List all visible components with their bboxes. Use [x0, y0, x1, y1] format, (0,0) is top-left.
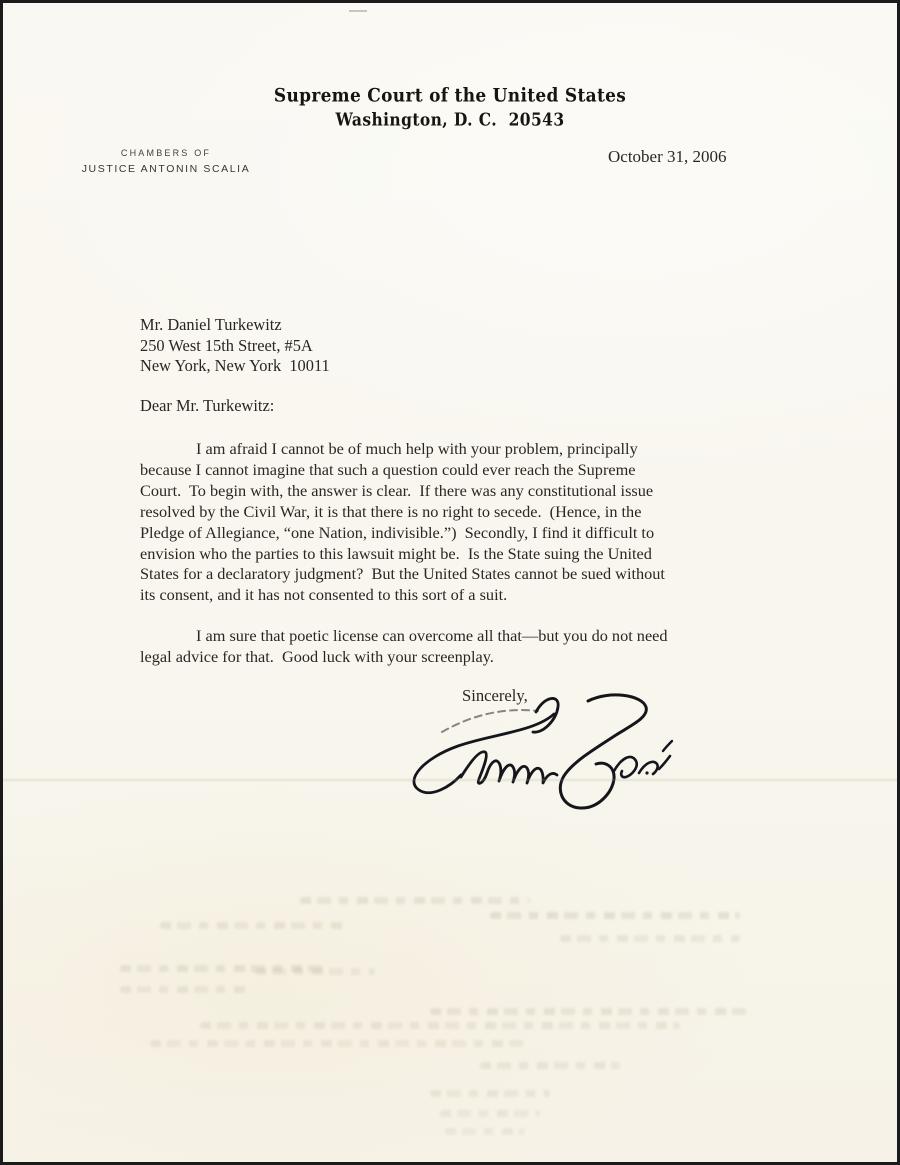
body-line: I am afraid I cannot be of much help wit… [140, 439, 740, 460]
signature-antonin-scalia [396, 690, 690, 824]
chambers-justice-name: JUSTICE ANTONIN SCALIA [78, 163, 254, 175]
body-line: its consent, and it has not consented to… [140, 585, 740, 606]
bleedthrough-line [490, 912, 740, 919]
body-line: I am sure that poetic license can overco… [140, 626, 740, 647]
body-line: envision who the parties to this lawsuit… [140, 544, 740, 565]
bleedthrough-line [430, 1008, 750, 1015]
recipient-street: 250 West 15th Street, #5A [140, 336, 330, 357]
body-line: legal advice for that. Good luck with yo… [140, 647, 740, 668]
body-line: because I cannot imagine that such a que… [140, 460, 740, 481]
bleedthrough-line [150, 1040, 530, 1047]
recipient-city: New York, New York 10011 [140, 356, 330, 377]
body-line: resolved by the Civil War, it is that th… [140, 502, 740, 523]
letterhead-court-name: Supreme Court of the United States [0, 85, 900, 107]
body-line: States for a declaratory judgment? But t… [140, 564, 740, 585]
chambers-block: CHAMBERS OF JUSTICE ANTONIN SCALIA [78, 148, 254, 175]
body-line: Pledge of Allegiance, “one Nation, indiv… [140, 523, 740, 544]
bleedthrough-line [255, 968, 375, 975]
recipient-address-block: Mr. Daniel Turkewitz 250 West 15th Stree… [140, 315, 330, 377]
bleedthrough-line [480, 1062, 620, 1069]
bleedthrough-line [445, 1128, 525, 1135]
letterhead-court-address: Washington, D. C. 20543 [0, 109, 900, 130]
bleedthrough-line [430, 1090, 550, 1097]
salutation: Dear Mr. Turkewitz: [140, 396, 274, 416]
letter-scan: Supreme Court of the United States Washi… [0, 0, 900, 1165]
bleedthrough-line [120, 986, 250, 993]
scanner-artifact [349, 10, 367, 12]
bleedthrough-line [440, 1110, 540, 1117]
paper-fold-crease [0, 778, 900, 782]
body-line: Court. To begin with, the answer is clea… [140, 481, 740, 502]
body-paragraph-2: I am sure that poetic license can overco… [140, 626, 740, 668]
body-paragraph-1: I am afraid I cannot be of much help wit… [140, 439, 740, 606]
bleedthrough-line [200, 1022, 680, 1029]
bleedthrough-line [300, 897, 530, 904]
recipient-name: Mr. Daniel Turkewitz [140, 315, 330, 336]
bleedthrough-line [560, 935, 740, 942]
chambers-label: CHAMBERS OF [78, 148, 254, 158]
bleedthrough-line [160, 922, 345, 929]
letter-date: October 31, 2006 [608, 147, 727, 167]
